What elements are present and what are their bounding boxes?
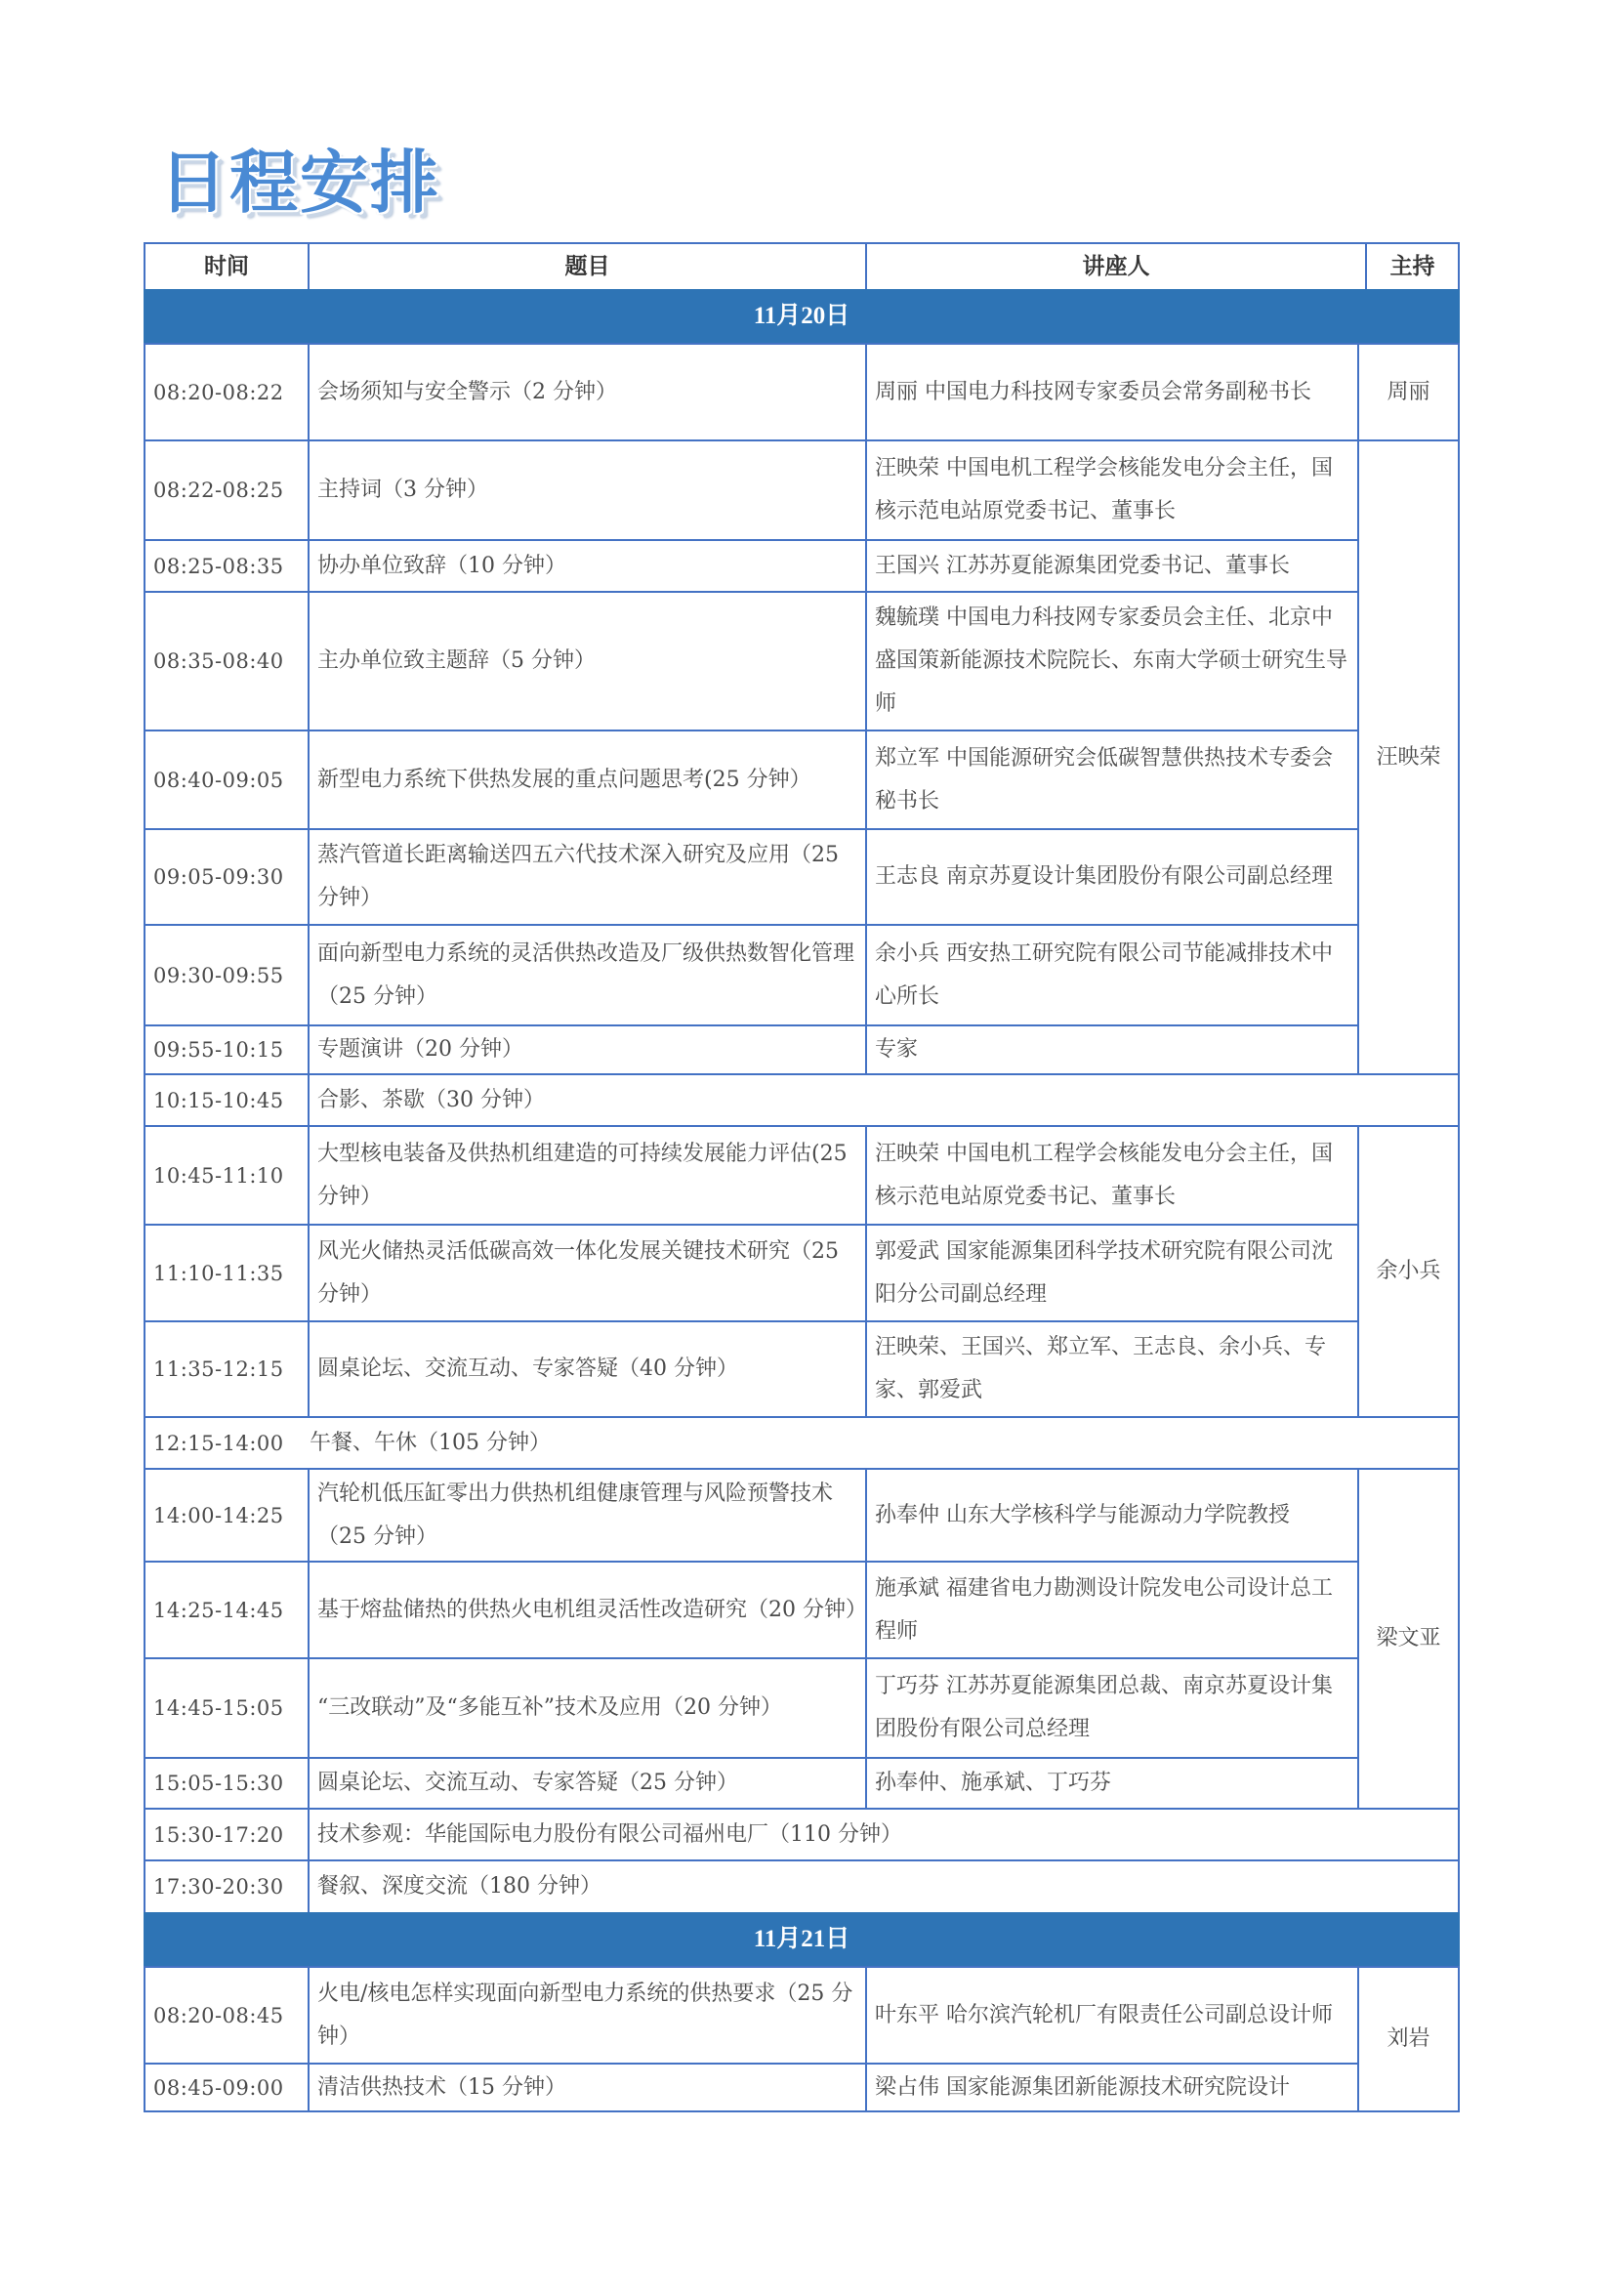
time-cell: 17:30-20:30 (144, 1859, 310, 1914)
time-cell: 10:15-10:45 (144, 1073, 310, 1127)
time-cell: 08:35-08:40 (144, 591, 310, 731)
topic-cell: 面向新型电力系统的灵活供热改造及厂级供热数智化管理（25 分钟） (308, 924, 867, 1026)
visit-cell: 技术参观：华能国际电力股份有限公司福州电厂（110 分钟） (308, 1808, 1460, 1861)
time-cell: 08:40-09:05 (144, 730, 310, 830)
time-cell: 09:55-10:15 (144, 1024, 310, 1075)
column-header-topic: 题目 (308, 242, 867, 291)
topic-cell: 专题演讲（20 分钟） (308, 1024, 867, 1075)
time-cell: 14:25-14:45 (144, 1561, 310, 1659)
topic-cell: 火电/核电怎样实现面向新型电力系统的供热要求（25 分钟） (308, 1966, 867, 2065)
time-cell: 08:45-09:00 (144, 2063, 310, 2112)
column-header-speaker: 讲座人 (865, 242, 1367, 291)
column-header-host: 主持 (1365, 242, 1460, 291)
speaker-cell: 施承斌 福建省电力勘测设计院发电公司设计总工程师 (865, 1561, 1359, 1659)
speaker-cell: 叶东平 哈尔滨汽轮机厂有限责任公司副总设计师 (865, 1966, 1359, 2065)
speaker-cell: 王志良 南京苏夏设计集团股份有限公司副总经理 (865, 828, 1359, 926)
time-cell: 08:20-08:45 (144, 1966, 310, 2065)
speaker-cell: 专家 (865, 1024, 1359, 1075)
time-cell: 15:05-15:30 (144, 1757, 310, 1810)
date-bar-day1: 11月20日 (144, 289, 1460, 344)
topic-cell: 圆桌论坛、交流互动、专家答疑（40 分钟） (308, 1320, 867, 1418)
time-cell: 08:20-08:22 (144, 343, 310, 441)
time-cell: 14:00-14:25 (144, 1468, 310, 1563)
topic-cell: 蒸汽管道长距离输送四五六代技术深入研究及应用（25 分钟） (308, 828, 867, 926)
time-cell: 10:45-11:10 (144, 1125, 310, 1226)
speaker-cell: 周丽 中国电力科技网专家委员会常务副秘书长 (865, 343, 1359, 441)
host-cell: 周丽 (1357, 343, 1460, 441)
speaker-cell: 孙奉仲 山东大学核科学与能源动力学院教授 (865, 1468, 1359, 1563)
topic-cell: 风光火储热灵活低碳高效一体化发展关键技术研究（25 分钟） (308, 1224, 867, 1322)
time-cell: 09:30-09:55 (144, 924, 310, 1026)
lunch-cell: 午餐、午休（105 分钟） (310, 1422, 551, 1465)
topic-cell: 会场须知与安全警示（2 分钟） (308, 343, 867, 441)
break-cell: 合影、茶歇（30 分钟） (308, 1073, 1460, 1127)
time-cell: 14:45-15:05 (144, 1657, 310, 1759)
topic-cell: 大型核电装备及供热机组建造的可持续发展能力评估(25 分钟） (308, 1125, 867, 1226)
speaker-cell: 郑立军 中国能源研究会低碳智慧供热技术专委会秘书长 (865, 730, 1359, 830)
schedule-table: 时间 题目 讲座人 主持 11月20日 08:20-08:22 会场须知与安全警… (144, 242, 1460, 2112)
host-cell: 刘岩 (1357, 1966, 1460, 2112)
topic-cell: 新型电力系统下供热发展的重点问题思考(25 分钟） (308, 730, 867, 830)
speaker-cell: 汪映荣 中国电机工程学会核能发电分会主任，国核示范电站原党委书记、董事长 (865, 1125, 1359, 1226)
time-cell: 08:25-08:35 (144, 539, 310, 593)
dinner-cell: 餐叙、深度交流（180 分钟） (308, 1859, 1460, 1914)
speaker-cell: 梁占伟 国家能源集团新能源技术研究院设计 (865, 2063, 1359, 2112)
topic-cell: 清洁供热技术（15 分钟） (308, 2063, 867, 2112)
speaker-cell: 孙奉仲、施承斌、丁巧芬 (865, 1757, 1359, 1810)
speaker-cell: 丁巧芬 江苏苏夏能源集团总裁、南京苏夏设计集团股份有限公司总经理 (865, 1657, 1359, 1759)
time-cell: 11:35-12:15 (144, 1320, 310, 1418)
time-cell: 09:05-09:30 (144, 828, 310, 926)
speaker-cell: 汪映荣、王国兴、郑立军、王志良、余小兵、专家、郭爱武 (865, 1320, 1359, 1418)
speaker-cell: 汪映荣 中国电机工程学会核能发电分会主任，国核示范电站原党委书记、董事长 (865, 439, 1359, 541)
host-cell: 余小兵 (1357, 1125, 1460, 1418)
date-bar-day2: 11月21日 (144, 1912, 1460, 1967)
topic-cell: 圆桌论坛、交流互动、专家答疑（25 分钟） (308, 1757, 867, 1810)
host-cell: 梁文亚 (1357, 1468, 1460, 1810)
speaker-cell: 王国兴 江苏苏夏能源集团党委书记、董事长 (865, 539, 1359, 593)
time-cell: 15:30-17:20 (144, 1808, 310, 1861)
topic-cell: 主办单位致主题辞（5 分钟） (308, 591, 867, 731)
page-title: 日程安排 (159, 139, 440, 227)
topic-cell: 协办单位致辞（10 分钟） (308, 539, 867, 593)
topic-cell: “三改联动”及“多能互补”技术及应用（20 分钟） (308, 1657, 867, 1759)
topic-cell: 主持词（3 分钟） (308, 439, 867, 541)
host-cell: 汪映荣 (1357, 439, 1460, 1075)
topic-cell: 汽轮机低压缸零出力供热机组健康管理与风险预警技术（25 分钟） (308, 1468, 867, 1563)
speaker-cell: 郭爱武 国家能源集团科学技术研究院有限公司沈阳分公司副总经理 (865, 1224, 1359, 1322)
time-cell: 12:15-14:00 (153, 1422, 310, 1465)
topic-cell: 基于熔盐储热的供热火电机组灵活性改造研究（20 分钟） (308, 1561, 867, 1659)
time-cell: 08:22-08:25 (144, 439, 310, 541)
lunch-row: 12:15-14:00 午餐、午休（105 分钟） (144, 1416, 1460, 1470)
time-cell: 11:10-11:35 (144, 1224, 310, 1322)
column-header-time: 时间 (144, 242, 310, 291)
speaker-cell: 余小兵 西安热工研究院有限公司节能减排技术中心所长 (865, 924, 1359, 1026)
speaker-cell: 魏毓璞 中国电力科技网专家委员会主任、北京中盛国策新能源技术院院长、东南大学硕士… (865, 591, 1359, 731)
